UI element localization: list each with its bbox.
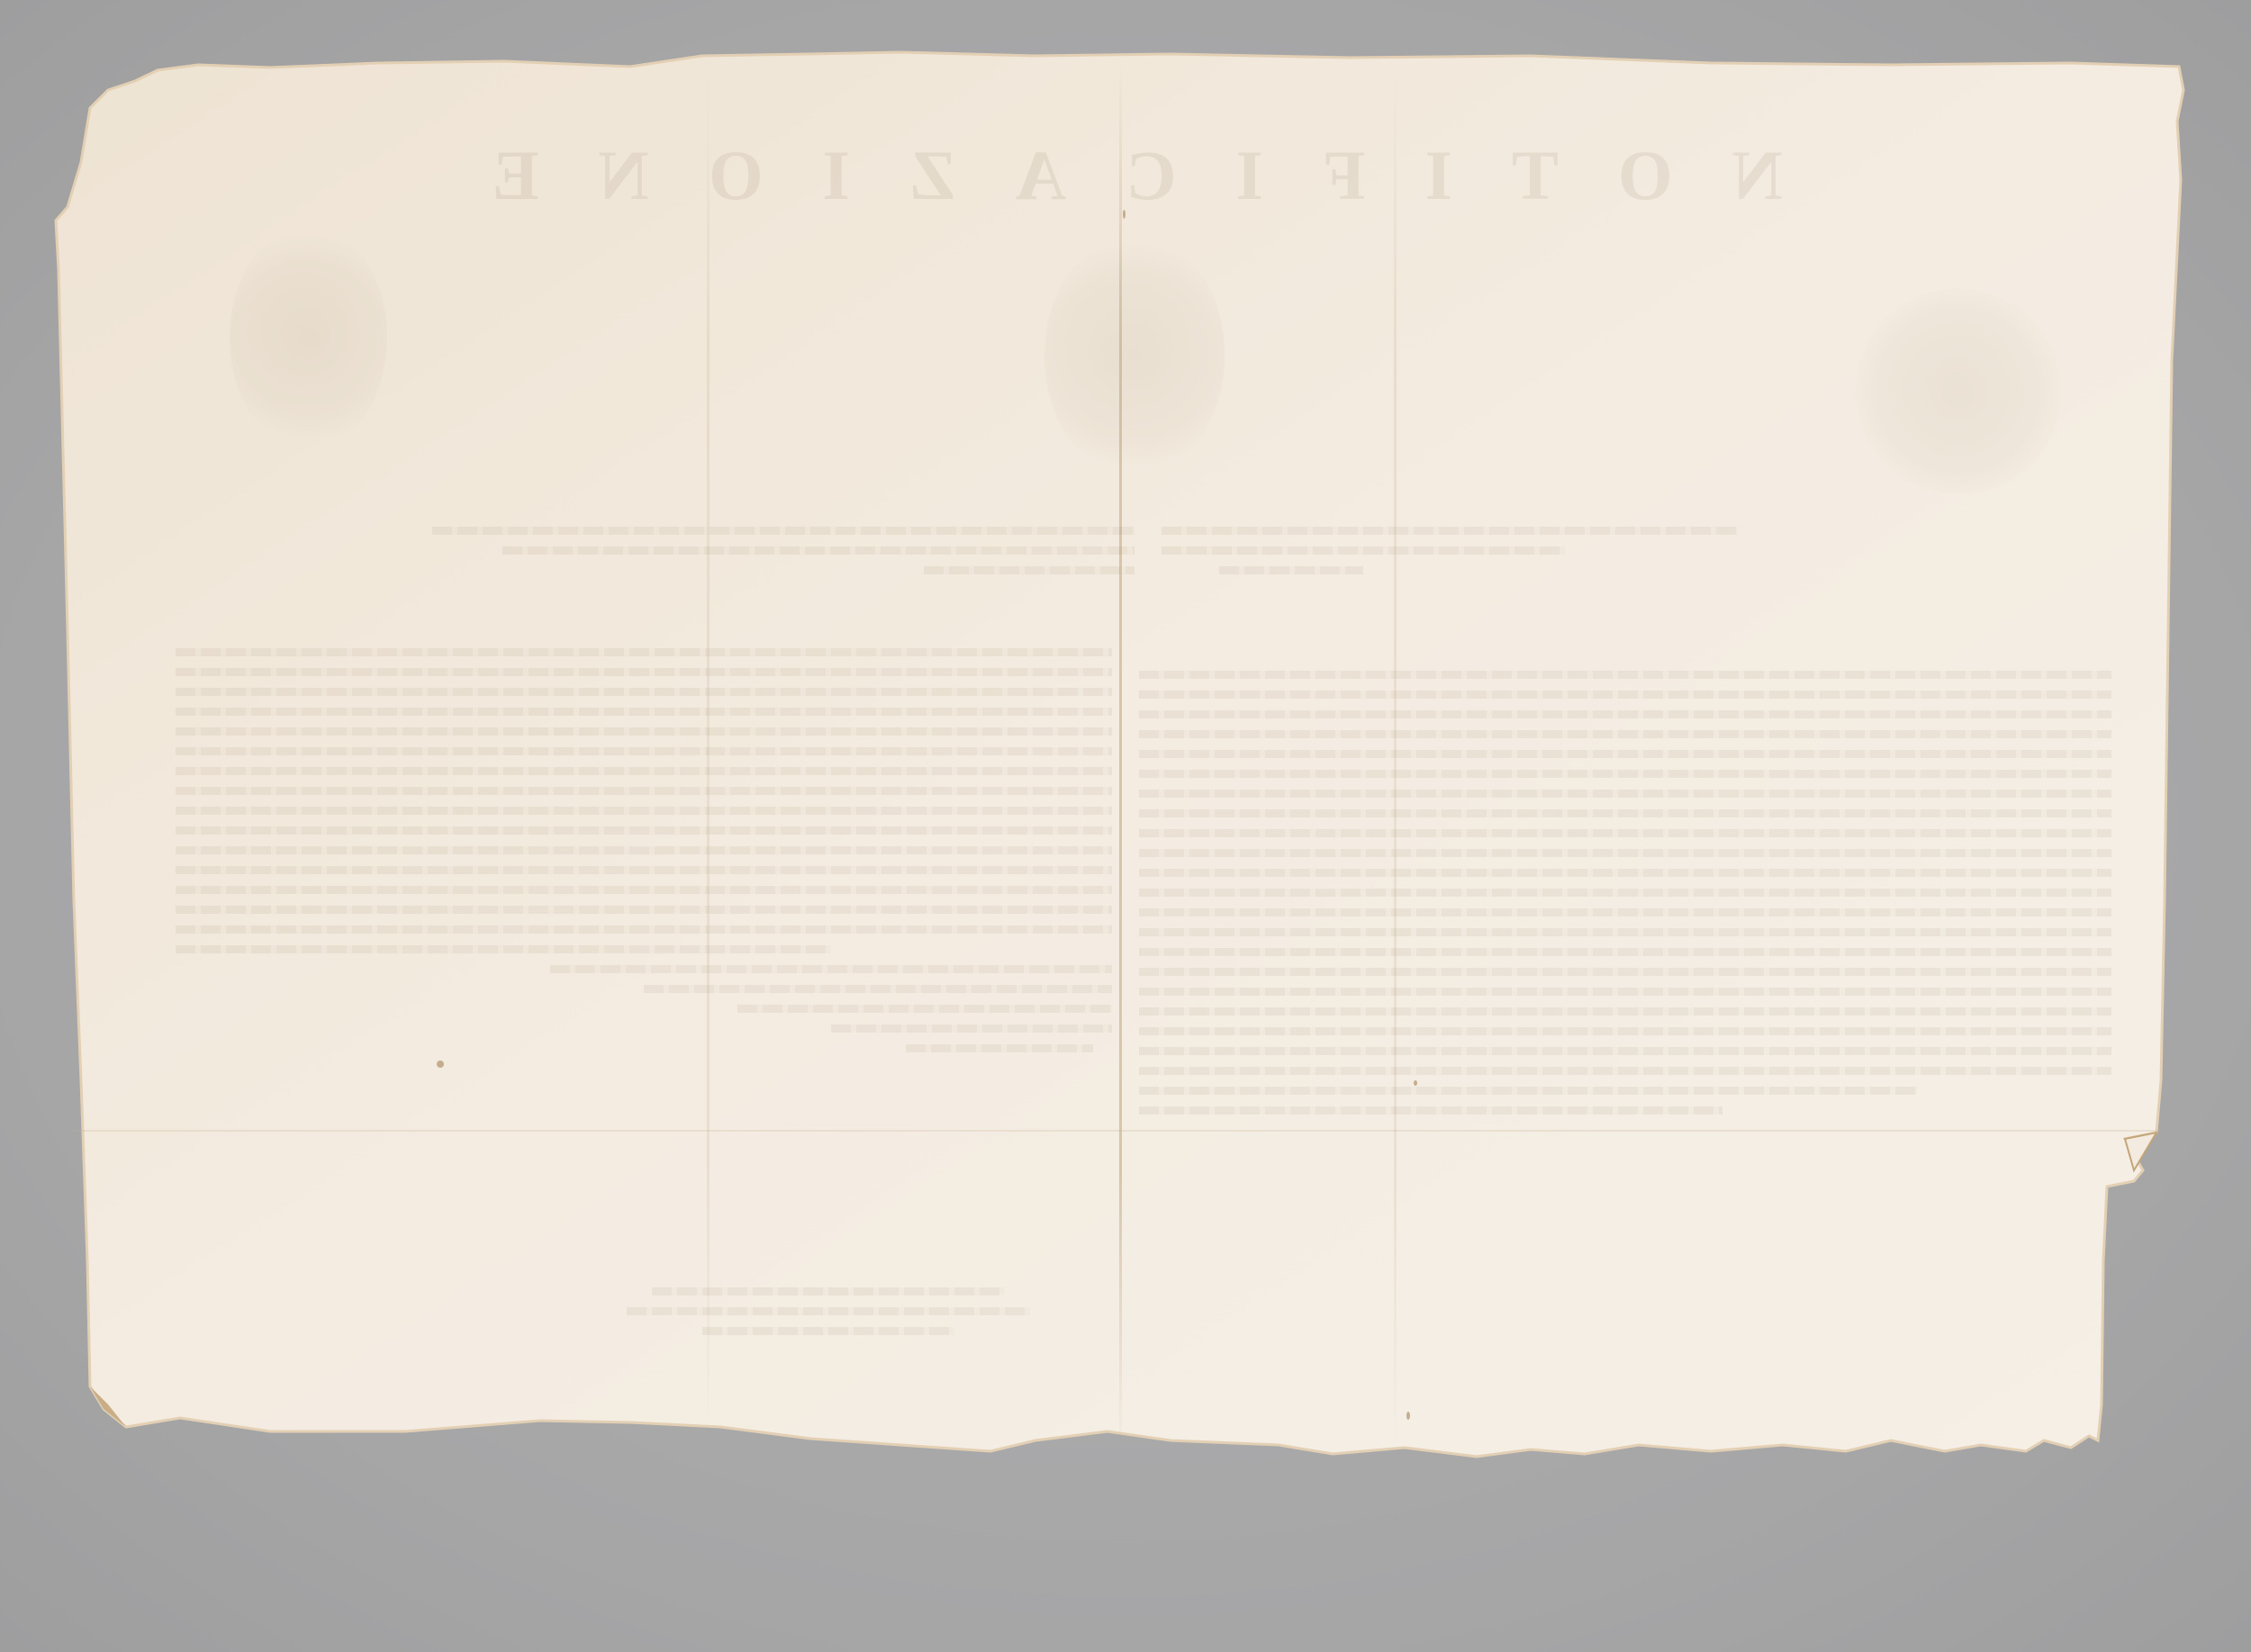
show-through-body-left bbox=[176, 648, 1112, 1064]
seal-right-icon bbox=[1855, 288, 2062, 495]
show-through-heading-right bbox=[1162, 527, 1738, 586]
paper-sheet: NOTIFICAZIONE bbox=[0, 0, 2251, 1652]
foxing-spot bbox=[437, 1061, 444, 1068]
show-through-body-right bbox=[1139, 671, 2111, 1126]
show-through-title: NOTIFICAZIONE bbox=[504, 135, 1783, 216]
foxing-spot bbox=[1406, 1412, 1410, 1420]
show-through-signature bbox=[576, 1287, 1080, 1347]
foxing-spot bbox=[1414, 1080, 1417, 1086]
coat-of-arms-center-icon bbox=[1044, 234, 1225, 477]
foxing-spot bbox=[1123, 210, 1125, 219]
show-through-heading-left bbox=[432, 527, 1135, 586]
coat-of-arms-left-icon bbox=[230, 225, 387, 450]
horizontal-fold bbox=[72, 1130, 2161, 1132]
